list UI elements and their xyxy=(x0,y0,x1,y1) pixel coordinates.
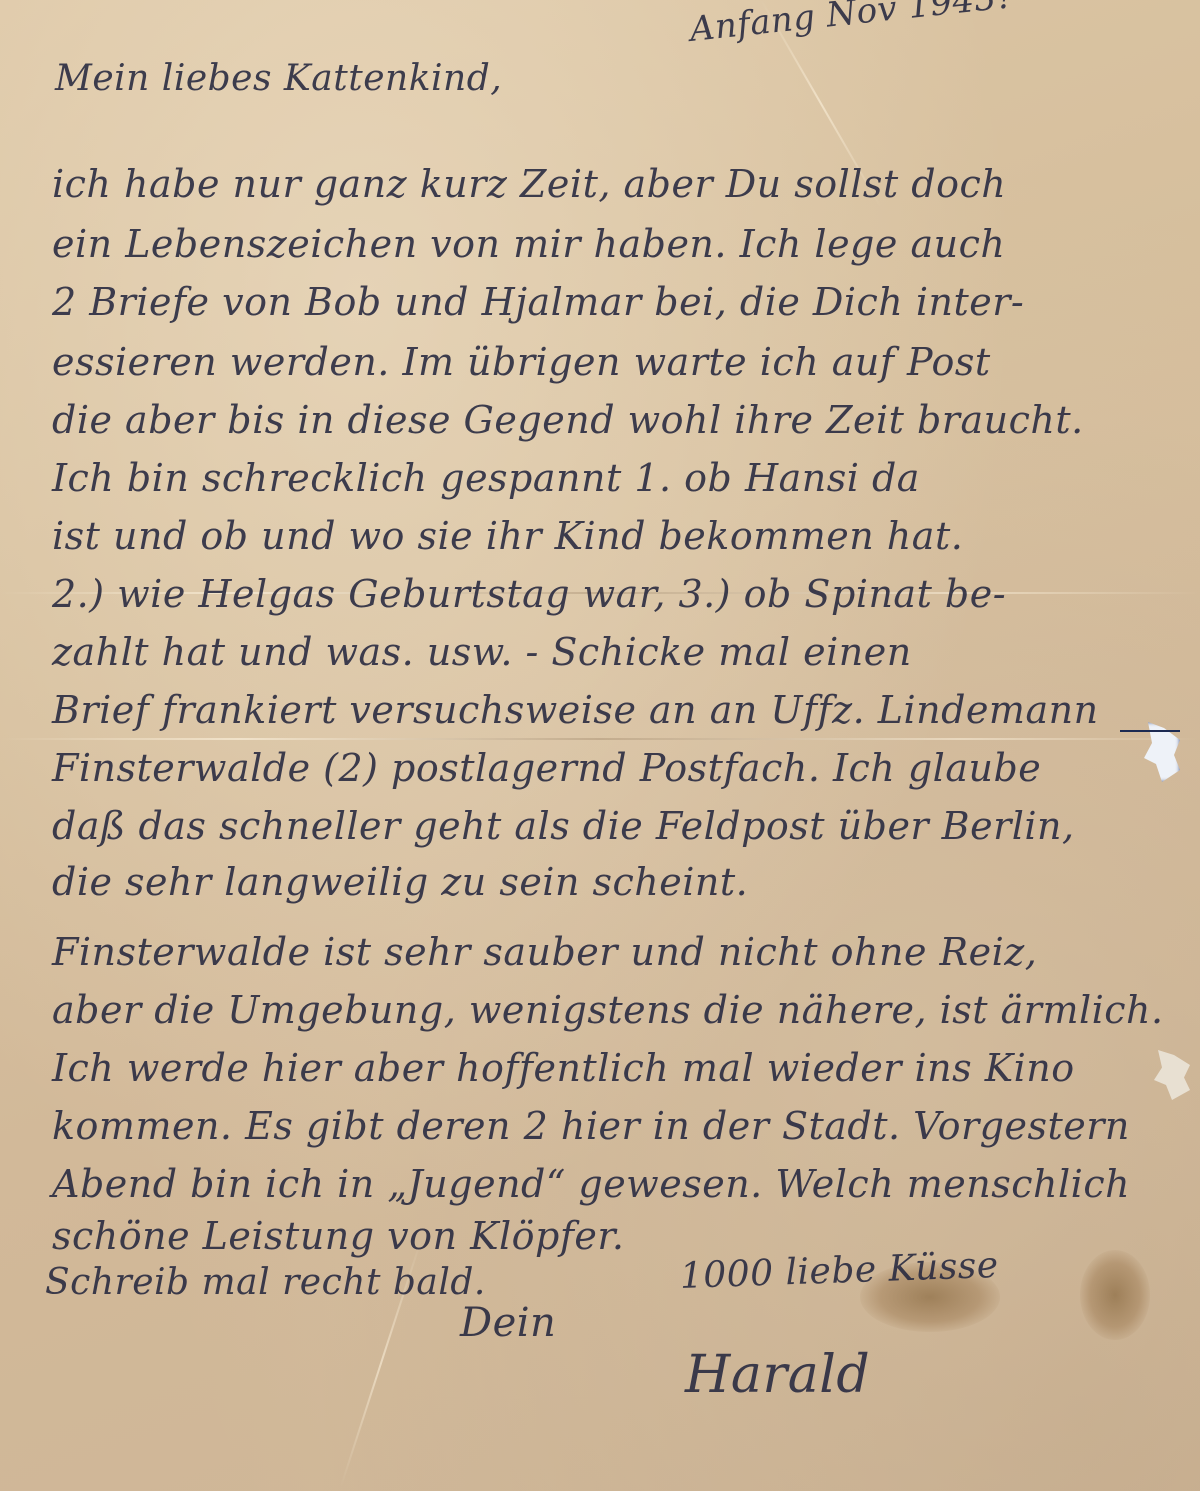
body-line: die sehr langweilig zu sein scheint. xyxy=(52,860,748,904)
body-line: essieren werden. Im übrigen warte ich au… xyxy=(52,340,991,384)
sign-off: Dein xyxy=(460,1300,556,1346)
body-line: ich habe nur ganz kurz Zeit, aber Du sol… xyxy=(52,162,1006,206)
body-line: ein Lebenszeichen von mir haben. Ich leg… xyxy=(52,222,1005,266)
body-line: Ich bin schrecklich gespannt 1. ob Hansi… xyxy=(52,456,920,500)
body-line: schöne Leistung von Klöpfer. xyxy=(52,1214,624,1258)
body-line: kommen. Es gibt deren 2 hier in der Stad… xyxy=(52,1104,1130,1148)
body-line: Finsterwalde (2) postlagernd Postfach. I… xyxy=(52,746,1041,790)
closing-line: Schreib mal recht bald. xyxy=(45,1262,486,1303)
salutation: Mein liebes Kattenkind, xyxy=(55,58,502,99)
body-line: Finsterwalde ist sehr sauber und nicht o… xyxy=(52,930,1037,974)
body-line: daß das schneller geht als die Feldpost … xyxy=(52,804,1075,848)
date-annotation: Anfang Nov 1943? xyxy=(688,0,1017,50)
signature: Harald xyxy=(685,1345,870,1405)
body-line: aber die Umgebung, wenigstens die nähere… xyxy=(52,988,1164,1032)
paper-fold-line xyxy=(0,738,1200,740)
body-line: zahlt hat und was. usw. - Schicke mal ei… xyxy=(52,630,912,674)
body-line: 2 Briefe von Bob und Hjalmar bei, die Di… xyxy=(52,280,1024,324)
body-line: ist und ob und wo sie ihr Kind bekommen … xyxy=(52,514,963,558)
body-line: Brief frankiert versuchsweise an an Uffz… xyxy=(52,688,1099,732)
body-line: Ich werde hier aber hoffentlich mal wied… xyxy=(52,1046,1075,1090)
letter-sheet: Anfang Nov 1943? Mein liebes Kattenkind,… xyxy=(0,0,1200,1491)
body-line: 2.) wie Helgas Geburtstag war, 3.) ob Sp… xyxy=(52,572,1006,616)
body-line: die aber bis in diese Gegend wohl ihre Z… xyxy=(52,398,1084,442)
paper-tear-edge xyxy=(1120,730,1180,732)
paper-tear xyxy=(1150,1050,1190,1100)
stain-mark xyxy=(1080,1250,1150,1340)
body-line: Abend bin ich in „Jugend“ gewesen. Welch… xyxy=(52,1162,1130,1206)
